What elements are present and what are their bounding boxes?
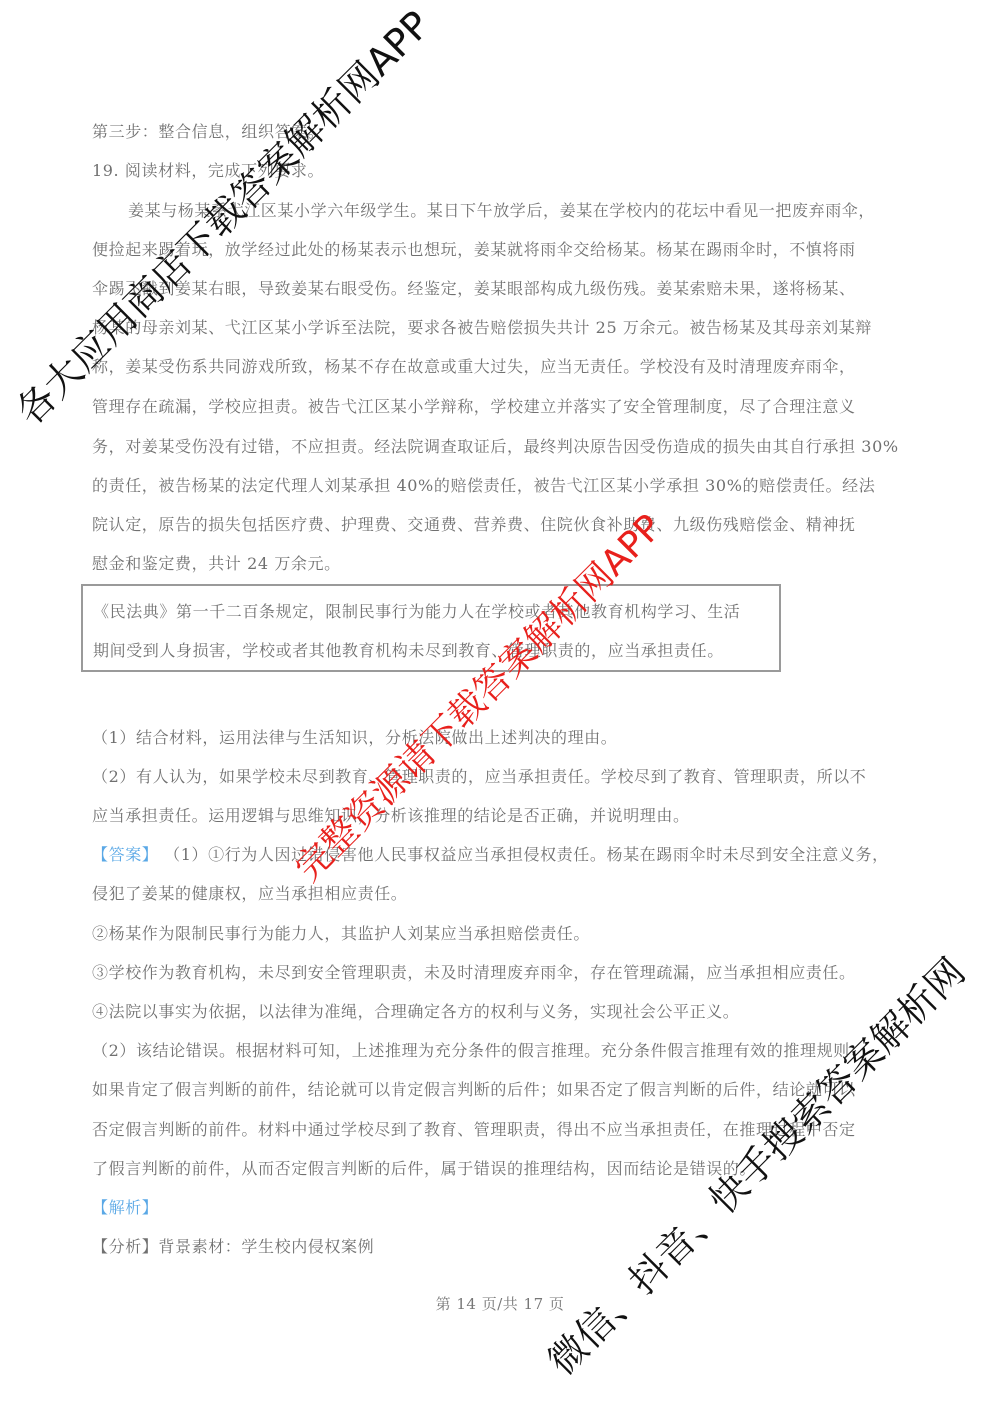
material-line: 的责任，被告杨某的法定代理人刘某承担 40%的赔偿责任，被告弋江区某小学承担 3… [92, 476, 875, 496]
answer-label: 【答案】 [92, 845, 158, 864]
material-line: 院认定，原告的损失包括医疗费、护理费、交通费、营养费、住院伙食补助费、九级伤残赔… [92, 515, 856, 535]
answer-line: （2）该结论错误。根据材料可知，上述推理为充分条件的假言推理。充分条件假言推理有… [92, 1041, 866, 1061]
material-line: 称，姜某受伤系共同游戏所致，杨某不存在故意或重大过失，应当无责任。学校没有及时清… [92, 357, 856, 377]
question-item: （1）结合材料，运用法律与生活知识，分析法院做出上述判决的理由。 [92, 728, 617, 748]
answer-line: ③学校作为教育机构，未尽到安全管理职责，未及时清理废弃雨伞，存在管理疏漏，应当承… [92, 963, 856, 983]
answer-line: 否定假言判断的前件。材料中通过学校尽到了教育、管理职责，得出不应当承担责任，在推… [92, 1120, 856, 1140]
page-number: 第 14 页/共 17 页 [0, 1293, 1000, 1314]
answer-line: 【答案】 （1）①行为人因过错侵害他人民事权益应当承担侵权责任。杨某在踢雨伞时未… [92, 845, 889, 865]
question-item: （2）有人认为，如果学校未尽到教育、管理职责的，应当承担责任。学校尽到了教育、管… [92, 767, 866, 787]
material-line: 伞踢飞戳到姜某右眼，导致姜某右眼受伤。经鉴定，姜某眼部构成九级伤残。姜某索赔未果… [92, 279, 856, 299]
law-line: 《民法典》第一千二百条规定，限制民事行为能力人在学校或者其他教育机构学习、生活 [93, 602, 740, 622]
material-line: 杨某的母亲刘某、弋江区某小学诉至法院，要求各被告赔偿损失共计 25 万余元。被告… [92, 318, 872, 338]
material-line: 姜某与杨某系弋江区某小学六年级学生。某日下午放学后，姜某在学校内的花坛中看见一把… [128, 201, 875, 221]
document-page: 第三步：整合信息，组织答案。 19. 阅读材料，完成下列要求。 姜某与杨某系弋江… [0, 0, 1000, 1415]
answer-line: ④法院以事实为依据，以法律为准绳，合理确定各方的权利与义务，实现社会公平正义。 [92, 1002, 739, 1022]
step-line: 第三步：整合信息，组织答案。 [92, 122, 324, 142]
answer-line: 了假言判断的前件，从而否定假言判断的后件，属于错误的推理结构，因而结论是错误的。 [92, 1159, 756, 1179]
answer-text: （1）①行为人因过错侵害他人民事权益应当承担侵权责任。杨某在踢雨伞时未尽到安全注… [164, 845, 889, 864]
question-title: 19. 阅读材料，完成下列要求。 [92, 161, 324, 181]
material-line: 便捡起来踢着玩，放学经过此处的杨某表示也想玩，姜某就将雨伞交给杨某。杨某在踢雨伞… [92, 240, 856, 260]
material-line: 慰金和鉴定费，共计 24 万余元。 [92, 554, 341, 574]
material-line: 管理存在疏漏，学校应担责。被告弋江区某小学辩称，学校建立并落实了安全管理制度，尽… [92, 397, 856, 417]
answer-line: 侵犯了姜某的健康权，应当承担相应责任。 [92, 884, 407, 904]
law-quote-box: 《民法典》第一千二百条规定，限制民事行为能力人在学校或者其他教育机构学习、生活 … [81, 584, 781, 672]
analysis-label: 【解析】 [92, 1198, 158, 1218]
question-item: 应当承担责任。运用逻辑与思维知识，分析该推理的结论是否正确，并说明理由。 [92, 806, 690, 826]
material-line: 务，对姜某受伤没有过错，不应担责。经法院调查取证后，最终判决原告因受伤造成的损失… [92, 437, 899, 457]
analysis-line: 【分析】背景素材：学生校内侵权案例 [92, 1237, 374, 1257]
law-line: 期间受到人身损害，学校或者其他教育机构未尽到教育、管理职责的，应当承担责任。 [93, 641, 724, 661]
answer-line: ②杨某作为限制民事行为能力人，其监护人刘某应当承担赔偿责任。 [92, 924, 590, 944]
answer-line: 如果肯定了假言判断的前件，结论就可以肯定假言判断的后件；如果否定了假言判断的后件… [92, 1080, 856, 1100]
